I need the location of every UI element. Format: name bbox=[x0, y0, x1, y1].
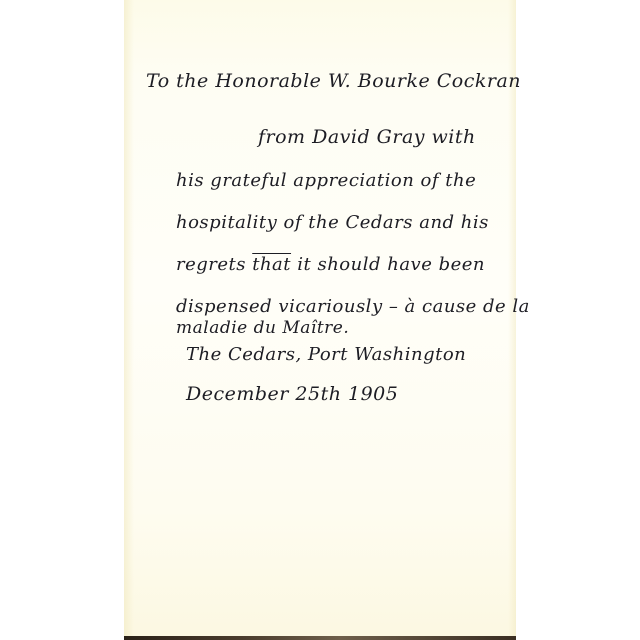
regrets-overlined-word: that bbox=[252, 254, 291, 275]
regrets-pre: regrets bbox=[176, 254, 252, 275]
page-edge-shadow bbox=[508, 0, 516, 636]
inscription-place: The Cedars, Port Washington bbox=[186, 344, 466, 365]
scan-frame: To the Honorable W. Bourke Cockran from … bbox=[0, 0, 640, 640]
inscription-line-appreciation: his grateful appreciation of the bbox=[176, 170, 476, 191]
page-bottom-edge bbox=[124, 636, 516, 640]
page-gutter-shadow bbox=[124, 0, 134, 636]
inscription-line-hospitality: hospitality of the Cedars and his bbox=[176, 212, 489, 233]
inscription-line-regrets: regrets that it should have been bbox=[176, 254, 485, 275]
regrets-post: it should have been bbox=[291, 254, 485, 275]
inscription-date: December 25th 1905 bbox=[186, 383, 398, 405]
inscription-line-dedication: To the Honorable W. Bourke Cockran bbox=[146, 70, 521, 92]
inscription-line-author: from David Gray with bbox=[258, 126, 476, 148]
inscription-line-dispensed: dispensed vicariously – à cause de la bbox=[176, 296, 530, 317]
inscription-line-maladie: maladie du Maître. bbox=[176, 318, 349, 338]
